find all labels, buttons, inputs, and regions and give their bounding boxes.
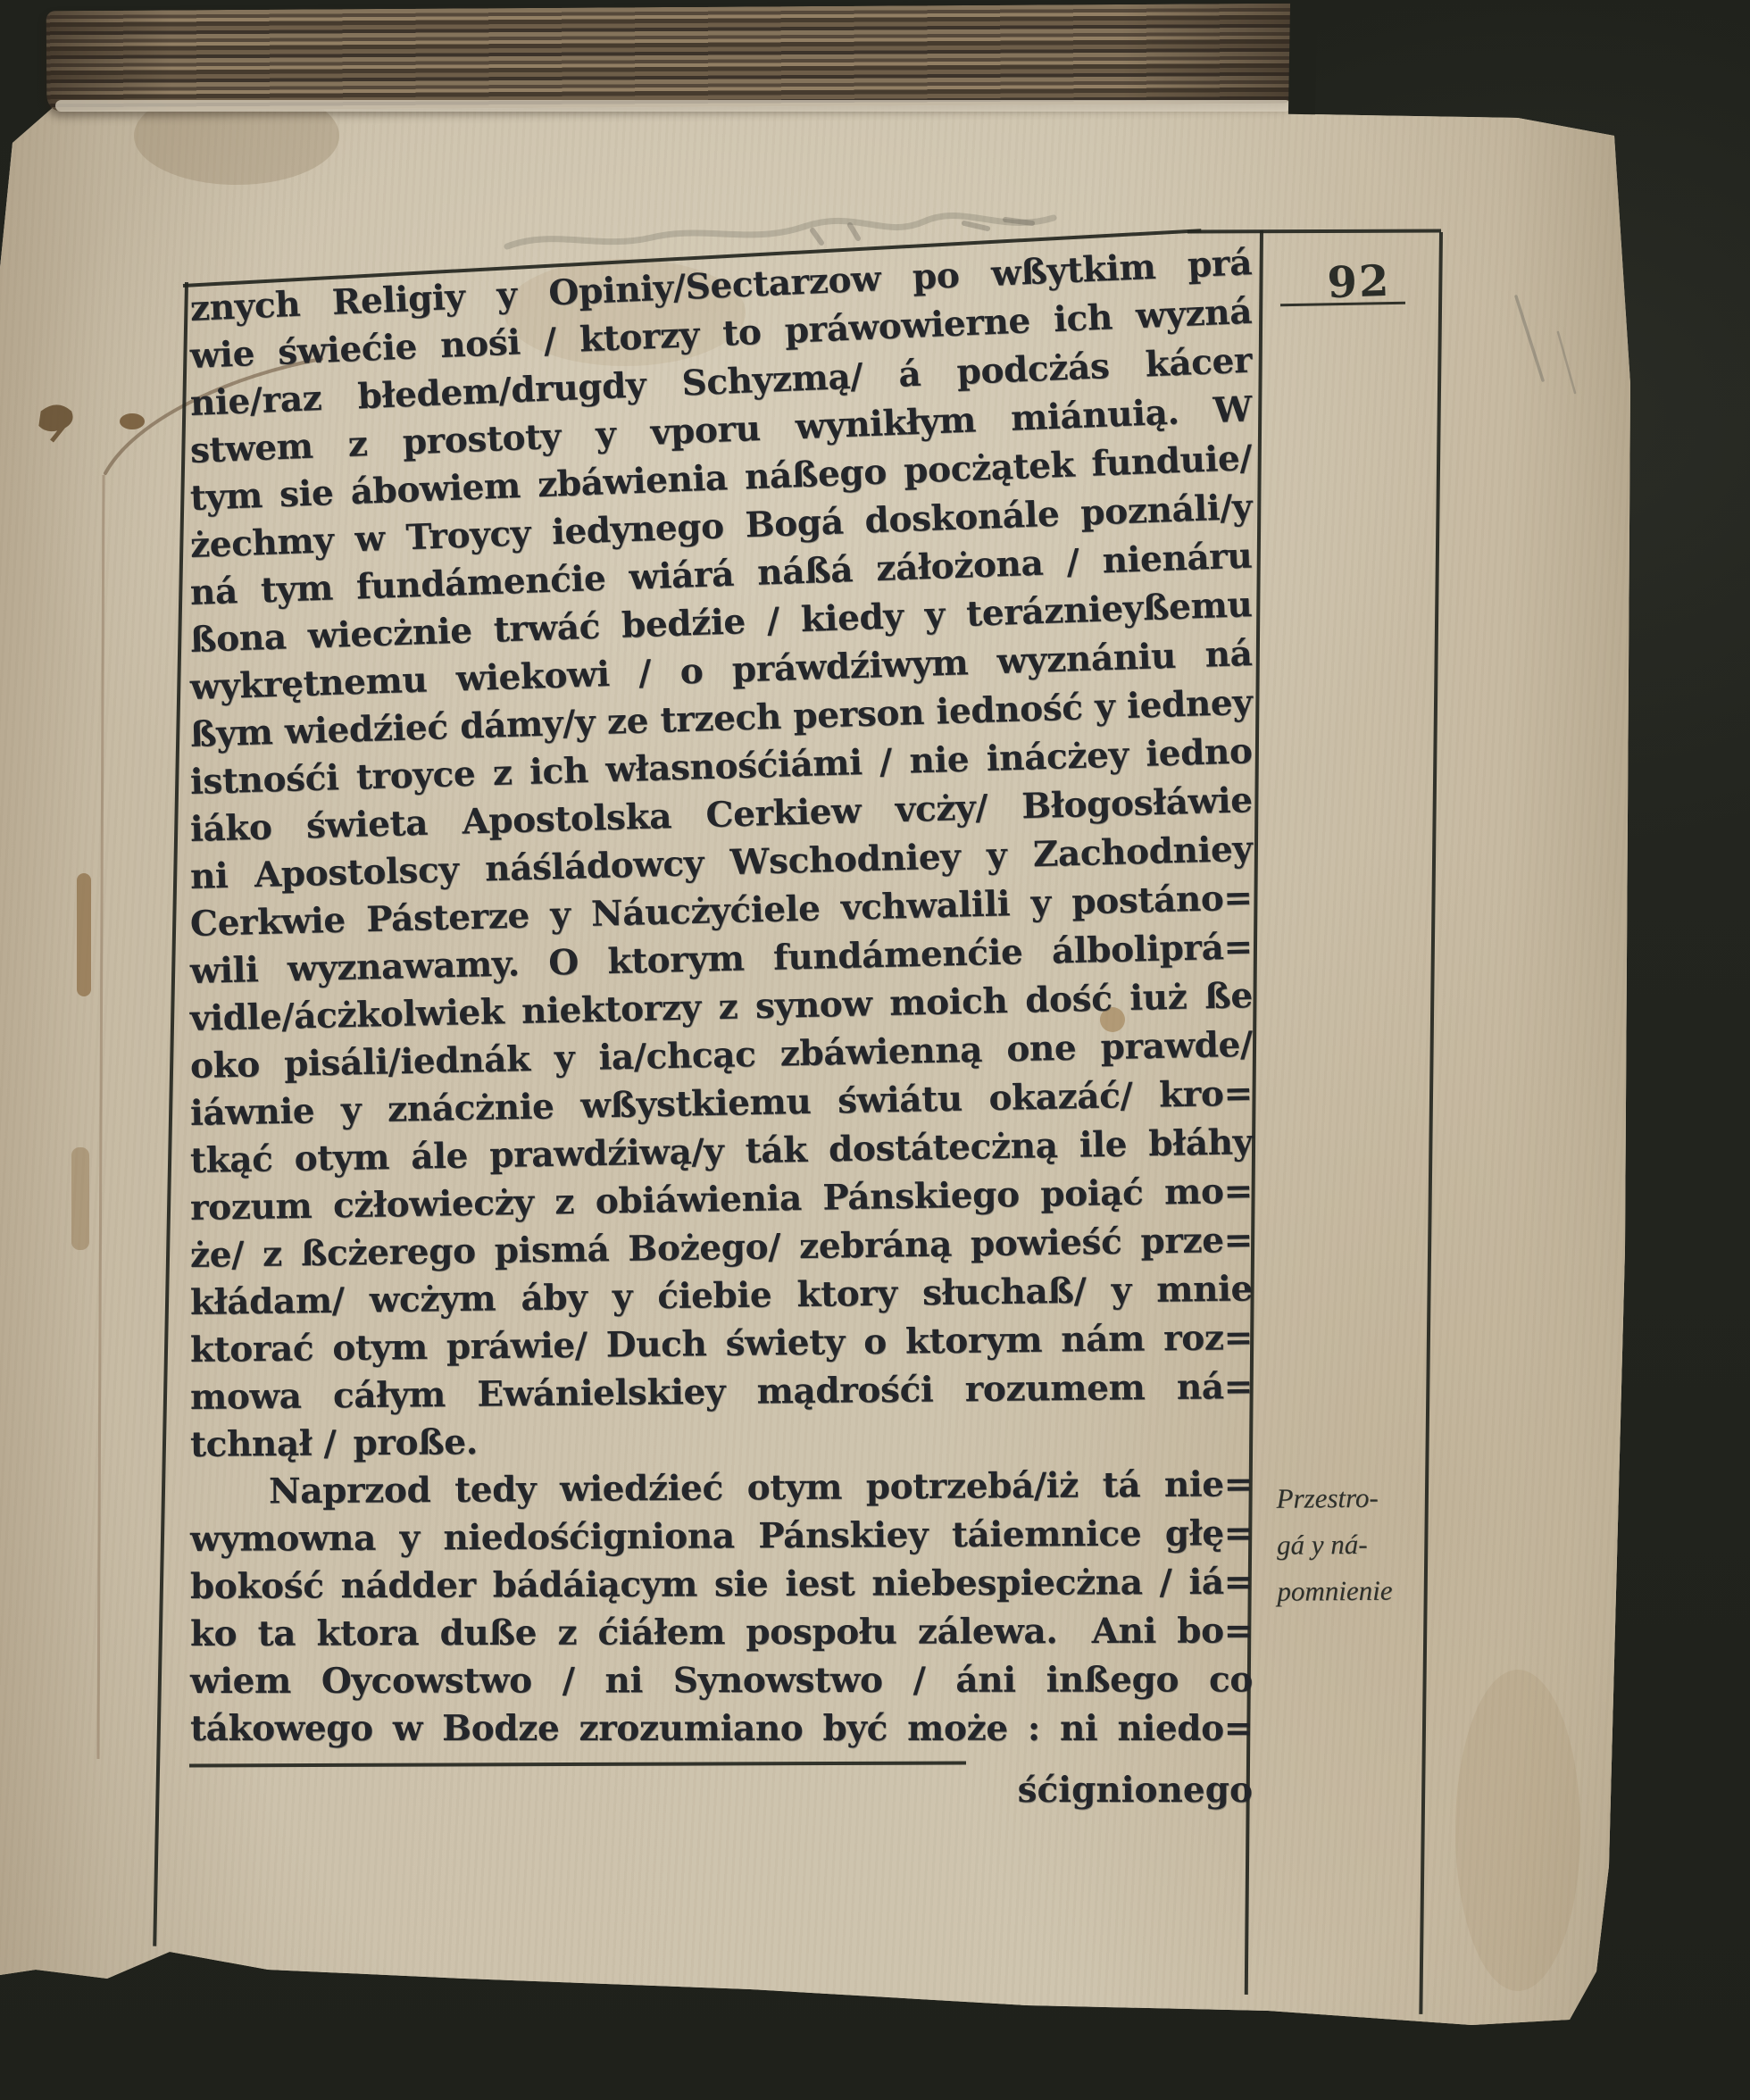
margin-note-line: pomnienie [1277,1567,1436,1615]
body-text-line: Naprzod tedy wiedźieć otym potrzebá/iż t… [190,1461,1253,1516]
margin-note: Przestro- gá y ná- pomnienie [1276,1474,1436,1615]
margin-note-line: Przestro- [1276,1474,1435,1522]
body-text-line: bokość nádder bádáiącym sie iest niebesp… [190,1559,1253,1611]
body-text-line: tchnął / proße. [190,1412,1253,1469]
body-text-line: tákowego w Bodze zrozumiano być może : n… [190,1705,1253,1753]
body-text-line: wiem Oycowstwo / ni Synowstwo / áni inße… [190,1656,1253,1705]
body-text-line: wymowna y niedośćigniona Pánskiey táiemn… [190,1510,1253,1563]
scan-background: 92 znych Religiy y Opiniy/Sectarzow po w… [0,0,1750,2100]
body-text-block: znych Religiy y Opiniy/Sectarzow po wßyt… [190,286,1253,1753]
catchword: śćignionego [190,1770,1253,1811]
page-number: 92 [1304,255,1413,309]
stack-corner-shadow [1288,0,1317,114]
top-leaf-highlight [55,100,1291,112]
book-page-stack-edge [46,4,1297,112]
body-text-line: ko ta ktora duße z ćiáłem pospołu zálewa… [190,1607,1253,1658]
margin-note-line: gá y ná- [1277,1521,1436,1569]
